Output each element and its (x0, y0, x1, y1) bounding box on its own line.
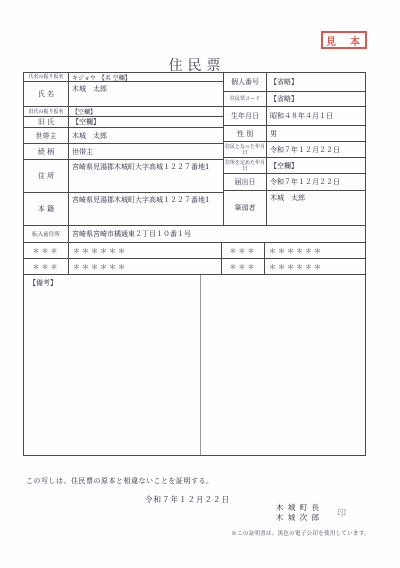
masked-cell: ＊＊＊ (222, 243, 265, 258)
issue-date: 令和７年１２月２２日 (145, 494, 230, 505)
table-row: 続 柄 世帯主 (24, 144, 223, 160)
row-label-previous-address: 転入前住所 (24, 226, 69, 242)
row-value-head-of-household: 木城 太郎 (69, 128, 223, 143)
row-label-birthdate: 生年月日 (224, 107, 267, 125)
row-value-former-name: 【空欄】 (69, 117, 223, 127)
table-row: 氏 名 木城 太郎 (24, 82, 223, 107)
table-row: 旧氏の振り仮名 【空欄】 (24, 107, 223, 117)
row-label-family-register-head: 筆頭者 (224, 191, 267, 225)
row-label-former-name-furigana: 旧氏の振り仮名 (24, 107, 69, 116)
mayor-title: 木 城 町 長 (255, 503, 341, 513)
row-label-relationship: 続 柄 (24, 144, 69, 159)
row-value-address-set-date: 【空欄】 (267, 158, 365, 173)
table-row: 氏名の振り仮名 キジョウ 【名 空欄】 (24, 73, 223, 82)
table-row: 生年月日 昭和４８年４月１日 (224, 107, 365, 126)
row-value-name: 木城 太郎 (69, 82, 223, 106)
residence-certificate-page: 見 本 住民票 氏名の振り仮名 キジョウ 【名 空欄】 氏 名 木城 太郎 旧氏… (0, 0, 400, 568)
row-label-former-name: 旧 氏 (24, 117, 69, 127)
table-row: 住所を定めた年月日 【空欄】 (224, 158, 365, 174)
previous-address-row: 転入前住所 宮崎県宮崎市橘通東２丁目１０番１号 (24, 226, 365, 243)
table-row: 住民票コード 【省略】 (224, 92, 365, 107)
sample-stamp-label: 見 本 (326, 33, 362, 48)
table-row: 本 籍 宮崎県児湯郡木城町大字高城１２２７番地1 (24, 193, 223, 226)
masked-cell: ＊＊＊ (222, 259, 265, 274)
row-label-notification-date: 届出日 (224, 174, 267, 190)
table-row: 世帯主 木城 太郎 (24, 128, 223, 144)
row-label-name-furigana: 氏名の振り仮名 (24, 73, 69, 81)
row-value-address: 宮崎県児湯郡木城町大字高城１２２７番地1 (69, 160, 223, 192)
row-value-family-register-head: 木城 太郎 (267, 191, 365, 225)
row-label-resident-since-date: 住民となった年月日 (224, 142, 267, 157)
row-value-birthdate: 昭和４８年４月１日 (267, 107, 365, 125)
row-value-notification-date: 令和７年１２月２２日 (267, 174, 365, 190)
certification-statement: この写しは、住民票の原本と相違ないことを証明する。 (26, 476, 214, 486)
row-value-name-furigana: キジョウ 【名 空欄】 (69, 73, 223, 81)
masked-row: ＊＊＊ ＊＊＊＊＊＊ ＊＊＊ ＊＊＊＊＊＊ (24, 259, 365, 275)
row-label-individual-number: 個人番号 (224, 73, 267, 91)
row-label-sex: 性 別 (224, 126, 267, 141)
row-value-sex: 男 (267, 126, 365, 141)
masked-cell: ＊＊＊＊＊＊ (265, 243, 365, 258)
masked-cell: ＊＊＊＊＊＊ (265, 259, 365, 274)
row-value-resident-since-date: 令和７年１２月２２日 (267, 142, 365, 157)
masked-cell: ＊＊＊ (24, 243, 69, 258)
table-row: 筆頭者 木城 太郎 (224, 191, 365, 226)
table-row: 旧 氏 【空欄】 (24, 117, 223, 128)
row-value-resident-code: 【省略】 (267, 92, 365, 106)
table-row: 個人番号 【省略】 (224, 73, 365, 92)
masked-cell: ＊＊＊ (24, 259, 69, 274)
table-row: 届出日 令和７年１２月２２日 (224, 174, 365, 191)
table-row: 住 所 宮崎県児湯郡木城町大字高城１２２７番地1 (24, 160, 223, 193)
row-value-previous-address: 宮崎県宮崎市橘通東２丁目１０番１号 (69, 226, 365, 242)
table-row: 住民となった年月日 令和７年１２月２２日 (224, 142, 365, 158)
row-label-registered-domicile: 本 籍 (24, 193, 69, 225)
table-left-half: 氏名の振り仮名 キジョウ 【名 空欄】 氏 名 木城 太郎 旧氏の振り仮名 【空… (24, 73, 224, 226)
masked-cell: ＊＊＊＊＊＊ (69, 259, 222, 274)
certificate-table: 氏名の振り仮名 キジョウ 【名 空欄】 氏 名 木城 太郎 旧氏の振り仮名 【空… (23, 72, 366, 456)
table-right-half: 個人番号 【省略】 住民票コード 【省略】 生年月日 昭和４８年４月１日 性 別… (224, 73, 365, 226)
table-row: 性 別 男 (224, 126, 365, 142)
sample-stamp: 見 本 (321, 31, 367, 49)
row-value-former-name-furigana: 【空欄】 (69, 107, 223, 116)
remarks-label: 【備考】 (29, 278, 57, 288)
row-value-relationship: 世帯主 (69, 144, 223, 159)
table-top-section: 氏名の振り仮名 キジョウ 【名 空欄】 氏 名 木城 太郎 旧氏の振り仮名 【空… (24, 73, 365, 226)
row-label-address: 住 所 (24, 160, 69, 192)
mayor-name: 木 城 次 郎 (255, 513, 341, 523)
seal-mark: 印 (337, 506, 346, 519)
row-label-address-set-date: 住所を定めた年月日 (224, 158, 267, 173)
row-label-resident-code: 住民票コード (224, 92, 267, 106)
remarks-divider (200, 275, 201, 455)
row-value-registered-domicile: 宮崎県児湯郡木城町大字高城１２２７番地1 (69, 193, 223, 225)
masked-row: ＊＊＊ ＊＊＊＊＊＊ ＊＊＊ ＊＊＊＊＊＊ (24, 243, 365, 259)
row-value-individual-number: 【省略】 (267, 73, 365, 91)
row-label-name: 氏 名 (24, 82, 69, 106)
electronic-seal-note: ※この証明書は、黒色の電子公印を使用しています。 (231, 529, 370, 537)
remarks-section: 【備考】 (24, 275, 365, 455)
masked-cell: ＊＊＊＊＊＊ (69, 243, 222, 258)
row-label-head-of-household: 世帯主 (24, 128, 69, 143)
mayor-signature-block: 木 城 町 長 木 城 次 郎 (255, 503, 341, 522)
